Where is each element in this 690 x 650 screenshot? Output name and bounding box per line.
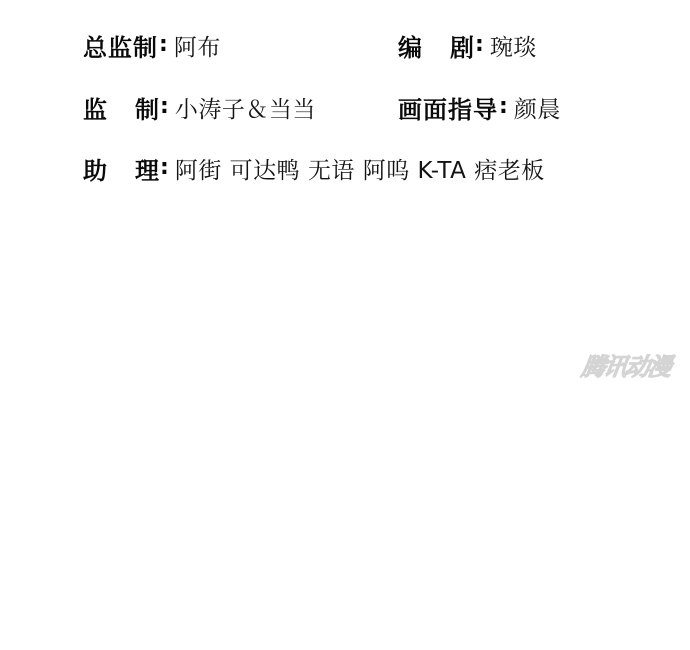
credit-value: 阿街 可达鸭 无语 阿呜 K-TA 痞老板 bbox=[175, 152, 545, 185]
credit-colon: : bbox=[160, 94, 169, 119]
credit-label-second: 剧 bbox=[450, 34, 474, 62]
credit-label: 助理 bbox=[83, 151, 159, 186]
credit-label-first: 监 bbox=[83, 96, 107, 124]
credit-label: 画面指导 bbox=[398, 90, 498, 125]
credit-colon: : bbox=[475, 32, 484, 57]
credit-label: 编剧 bbox=[398, 28, 474, 63]
credit-colon: : bbox=[159, 32, 168, 57]
credit-label-second: 制 bbox=[135, 96, 159, 124]
credit-colon: : bbox=[499, 94, 508, 119]
credit-label-second: 理 bbox=[135, 157, 159, 185]
credit-colon: : bbox=[160, 155, 169, 180]
credit-screenwriter: 编剧 : 琬琰 bbox=[398, 30, 537, 60]
credit-supervisor: 监制 : 小涛子＆当当 bbox=[83, 92, 316, 122]
credit-value: 琬琰 bbox=[490, 29, 537, 62]
credit-assistants: 助理 : 阿街 可达鸭 无语 阿呜 K-TA 痞老板 bbox=[83, 153, 545, 183]
credit-chief-supervisor: 总监制 : 阿布 bbox=[83, 30, 221, 60]
credit-value: 阿布 bbox=[174, 29, 221, 62]
credit-label-first: 助 bbox=[83, 157, 107, 185]
credit-label-first: 编 bbox=[398, 34, 422, 62]
credit-label: 监制 bbox=[83, 90, 159, 125]
credit-value: 颜晨 bbox=[514, 91, 561, 124]
credit-value: 小涛子＆当当 bbox=[175, 91, 316, 124]
credit-art-director: 画面指导 : 颜晨 bbox=[398, 92, 561, 122]
credit-label: 总监制 bbox=[83, 28, 158, 63]
tencent-comics-watermark: 腾讯动漫 bbox=[570, 349, 682, 379]
